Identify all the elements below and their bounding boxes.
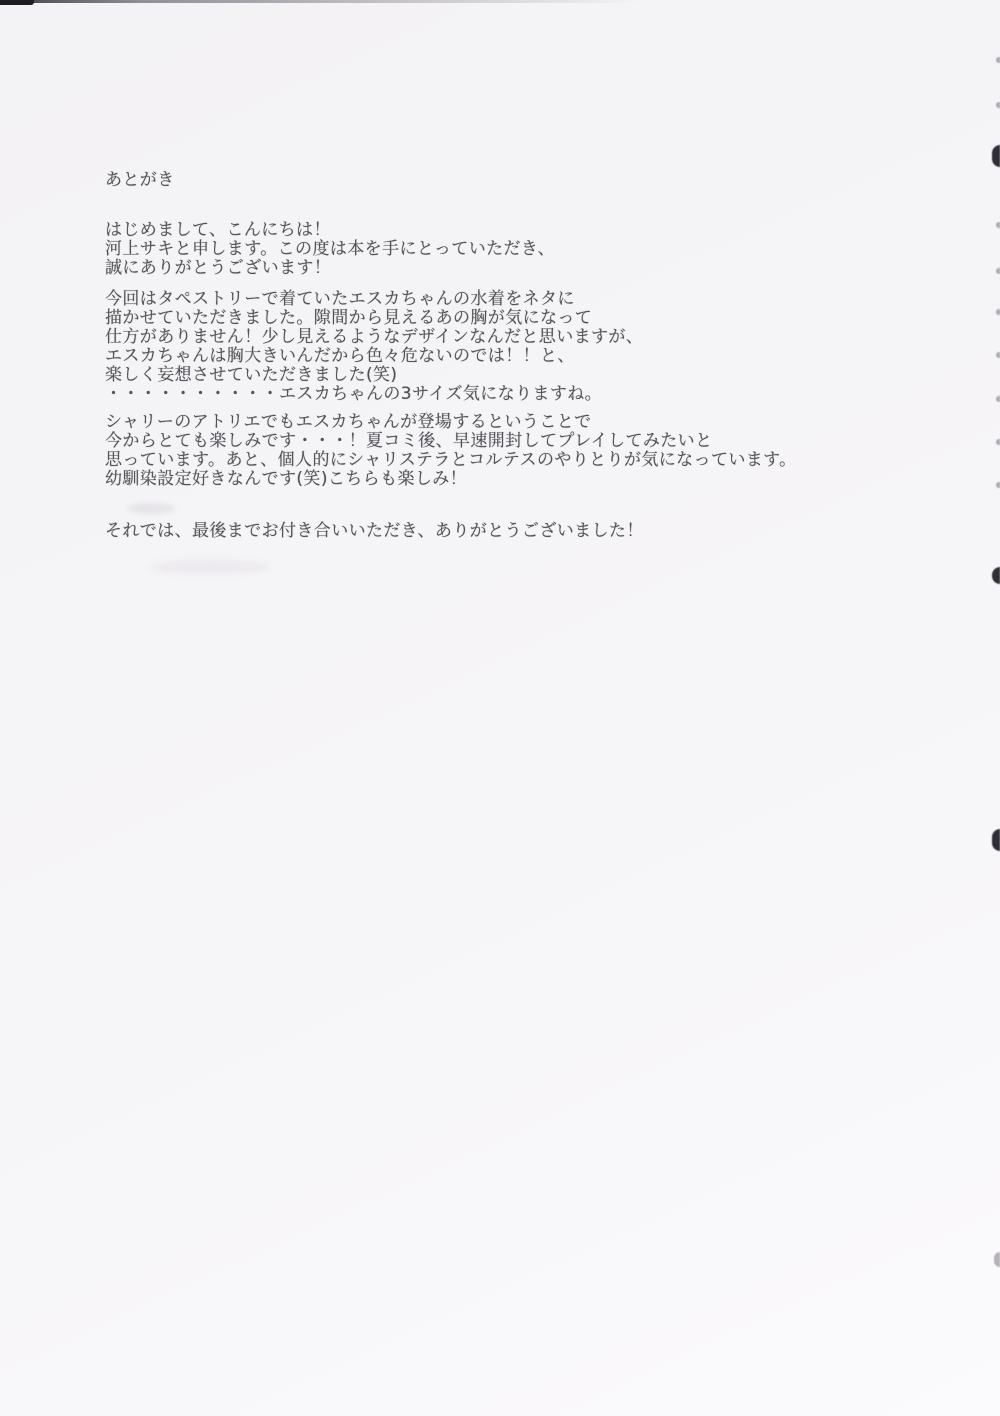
page-edge-tick — [996, 222, 1000, 228]
page-edge-tick — [996, 309, 1000, 315]
afterword-paragraph-greeting: はじめまして、こんにちは！ 河上サキと申します。この度は本を手にとっていただき、… — [105, 221, 825, 278]
text-line: それでは、最後までお付き合いいただき、ありがとうございました！ — [105, 522, 825, 541]
text-line: はじめまして、こんにちは！ — [105, 221, 825, 240]
afterword-paragraph-anticipation: シャリーのアトリエでもエスカちゃんが登場するということで 今からとても楽しみです… — [105, 413, 825, 489]
page-edge-tick — [996, 102, 1000, 108]
scanner-edge-shadow — [0, 0, 640, 3]
scanner-edge-corner — [0, 0, 34, 5]
text-line: シャリーのアトリエでもエスカちゃんが登場するということで — [105, 413, 825, 432]
text-line: 今回はタペストリーで着ていたエスカちゃんの水着をネタに — [105, 290, 825, 309]
text-line: 楽しく妄想させていただきました(笑) — [105, 366, 825, 385]
text-line: 仕方がありません！少し見えるようなデザインなんだと思いますが、 — [105, 328, 825, 347]
binding-mark — [994, 1252, 1000, 1267]
scan-smudge — [150, 560, 270, 574]
text-line: 思っています。あと、個人的にシャリステラとコルテスのやりとりが気になっています。 — [105, 451, 825, 470]
page-edge-tick — [996, 57, 1000, 63]
page-edge-tick — [996, 396, 1000, 402]
scanned-afterword-page: あとがき はじめまして、こんにちは！ 河上サキと申します。この度は本を手にとって… — [0, 0, 1000, 1416]
binding-mark — [992, 567, 1000, 584]
text-line: ・・・・・・・・・・エスカちゃんの3サイズ気になりますね。 — [105, 385, 825, 404]
binding-mark — [992, 829, 1000, 851]
text-line: 幼馴染設定好きなんです(笑)こちらも楽しみ！ — [105, 470, 825, 489]
page-edge-tick — [996, 352, 1000, 358]
afterword-title: あとがき — [105, 171, 825, 190]
text-line: 河上サキと申します。この度は本を手にとっていただき、 — [105, 240, 825, 259]
text-line: 誠にありがとうございます！ — [105, 259, 825, 278]
afterword-text: あとがき はじめまして、こんにちは！ 河上サキと申します。この度は本を手にとって… — [105, 171, 825, 541]
text-line: エスカちゃんは胸大きいんだから色々危ないのでは！！と、 — [105, 347, 825, 366]
afterword-paragraph-theme: 今回はタペストリーで着ていたエスカちゃんの水着をネタに 描かせていただきました。… — [105, 290, 825, 404]
text-line: 今からとても楽しみです・・・！夏コミ後、早速開封してプレイしてみたいと — [105, 432, 825, 451]
page-edge-tick — [996, 439, 1000, 445]
binding-mark — [992, 145, 1000, 167]
afterword-paragraph-closing: それでは、最後までお付き合いいただき、ありがとうございました！ — [105, 522, 825, 541]
page-edge-tick — [996, 268, 1000, 274]
text-line: 描かせていただきました。隙間から見えるあの胸が気になって — [105, 309, 825, 328]
page-edge-tick — [996, 482, 1000, 488]
